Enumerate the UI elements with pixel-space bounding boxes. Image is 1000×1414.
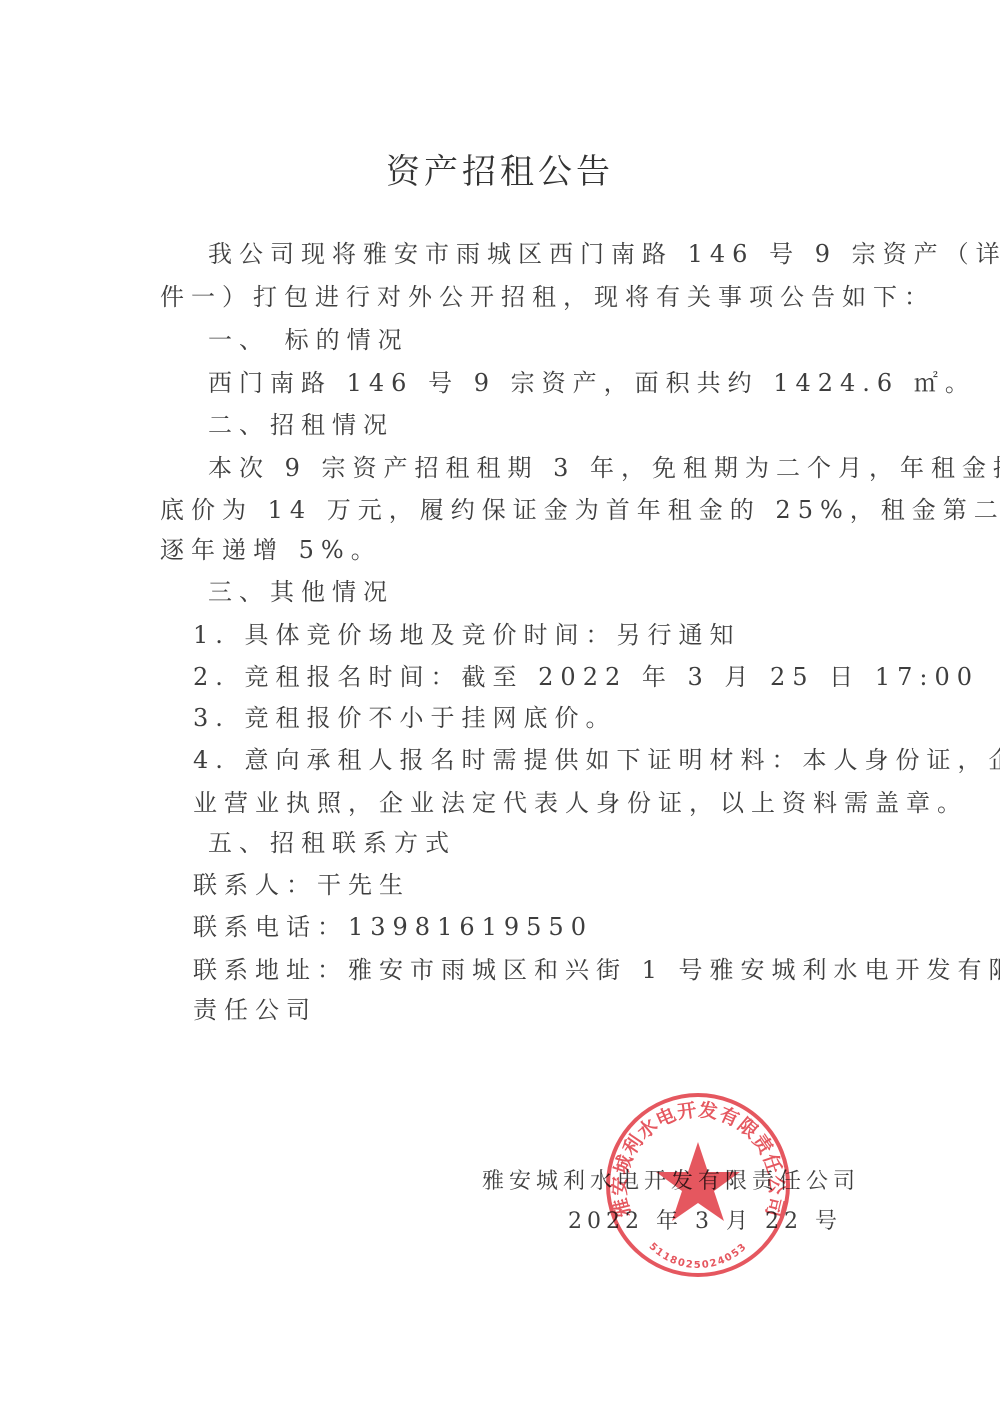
section3-item-4: 4. 意向承租人报名时需提供如下证明材料：本人身份证，企 — [193, 745, 1000, 775]
contact-phone: 联系电话：13981619550 — [193, 912, 593, 942]
section3-heading: 三、其他情况 — [208, 577, 394, 607]
document-page: 资产招租公告 我公司现将雅安市雨城区西门南路 146 号 9 宗资产（详见附 件… — [0, 0, 1000, 1414]
section3-item-2: 2. 竞租报名时间：截至 2022 年 3 月 25 日 17:00 — [193, 662, 979, 692]
contact-address-line-1: 联系地址：雅安市雨城区和兴街 1 号雅安城利水电开发有限 — [193, 955, 1000, 985]
section3-item-1: 1. 具体竞价场地及竞价时间：另行通知 — [193, 620, 741, 650]
section2-heading: 二、招租情况 — [208, 410, 394, 440]
section1-heading: 一、 标的情况 — [208, 325, 409, 355]
section2-body-line-2: 底价为 14 万元，履约保证金为首年租金的 25%，租金第二年起 — [160, 495, 1000, 525]
section3-item-3: 3. 竞租报价不小于挂网底价。 — [193, 703, 617, 733]
contact-address-line-2: 责任公司 — [193, 995, 317, 1025]
intro-line-1: 我公司现将雅安市雨城区西门南路 146 号 9 宗资产（详见附 — [208, 239, 1000, 269]
company-seal-stamp: 雅安城利水电开发有限责任公司 5118025024053 — [603, 1090, 793, 1280]
document-title: 资产招租公告 — [0, 148, 1000, 196]
section2-body-line-1: 本次 9 宗资产招租租期 3 年，免租期为二个月，年租金挂网 — [208, 453, 1000, 483]
star-icon — [656, 1142, 740, 1221]
contact-person: 联系人：干先生 — [193, 870, 410, 900]
section3-item-4-cont: 业营业执照，企业法定代表人身份证，以上资料需盖章。 — [193, 788, 968, 818]
section1-body: 西门南路 146 号 9 宗资产，面积共约 1424.6 ㎡。 — [208, 368, 976, 398]
intro-line-2: 件一）打包进行对外公开招租，现将有关事项公告如下： — [160, 282, 935, 312]
section5-heading: 五、招租联系方式 — [208, 828, 456, 858]
section2-body-line-3: 逐年递增 5%。 — [160, 535, 382, 565]
